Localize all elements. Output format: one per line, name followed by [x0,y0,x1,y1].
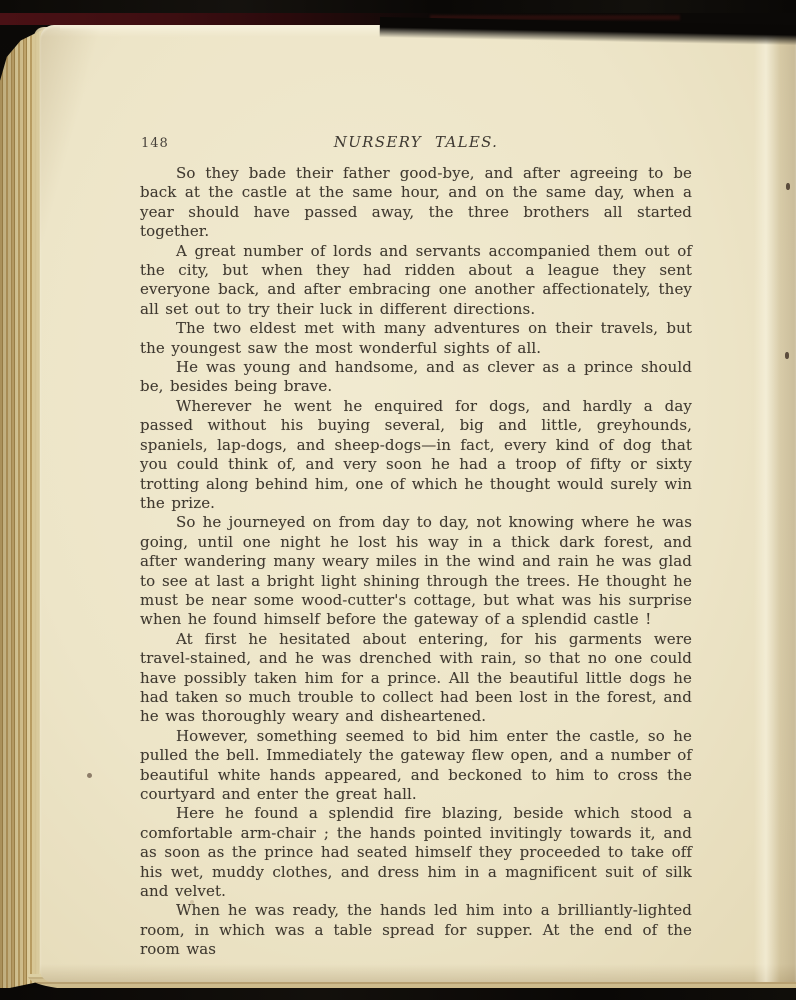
paragraph: A great number of lords and servants acc… [140,242,692,320]
paragraph: So they bade their father good-bye, and … [140,164,692,242]
paragraph: When he was ready, the hands led him int… [140,901,692,959]
paragraph: Wherever he went he enquired for dogs, a… [140,397,692,513]
book-cover-bottom [0,988,796,1000]
running-head-row: 148 NURSERY TALES. [140,133,692,153]
paragraph: The two eldest met with many adventures … [140,319,692,358]
body-text: So they bade their father good-bye, and … [140,164,692,960]
paper-speck [786,183,790,190]
book-cover-top [0,0,796,13]
paper-speck [87,773,92,778]
running-header: NURSERY TALES. [140,133,692,151]
paragraph: However, something seemed to bid him ent… [140,727,692,805]
paper-speck [190,900,194,904]
paper-speck [785,352,789,359]
book-scan: 148 NURSERY TALES. So they bade their fa… [0,0,796,1000]
paragraph: So he journeyed on from day to day, not … [140,513,692,629]
paragraph: At first he hesitated about entering, fo… [140,630,692,727]
paragraph: Here he found a splendid fire blazing, b… [140,804,692,901]
paragraph: He was young and handsome, and as clever… [140,358,692,397]
